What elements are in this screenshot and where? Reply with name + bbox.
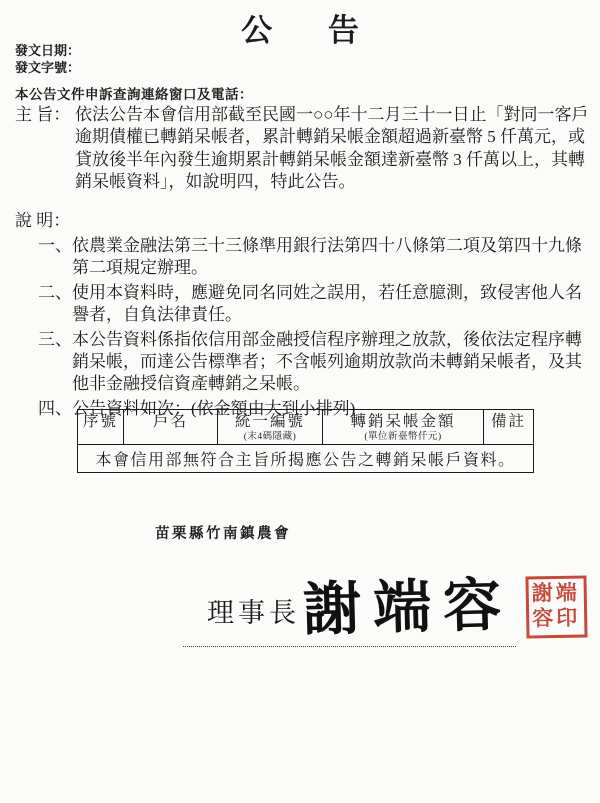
table-row: 本會信用部無符合主旨所揭應公告之轉銷呆帳戶資料。 [78, 445, 534, 473]
col-remarks: 備註 [484, 410, 534, 445]
page-title: 公 告 [0, 5, 600, 50]
explanation-items: 一、 依農業金融法第三十三條準用銀行法第四十八條第二項及第四十九條第二項規定辦理… [38, 235, 590, 422]
organization-name: 苗栗縣竹南鎮農會 [155, 522, 291, 543]
seal-stamp: 謝端容印 [525, 575, 587, 638]
col-writeoff-amount: 轉銷呆帳金額 (單位新臺幣仟元) [323, 410, 484, 445]
subject-block: 主 旨： 依法公告本會信用部截至民國一○○年十二月三十一日止「對同一客戶逾期債權… [15, 104, 592, 194]
contact-line: 本公告文件申訴查詢連絡窗口及電話： [15, 83, 253, 103]
item-number: 二、 [38, 282, 72, 327]
signature-underline [183, 646, 516, 647]
item-text: 依農業金融法第三十三條準用銀行法第四十八條第二項及第四十九條第二項規定辦理。 [72, 235, 590, 280]
col-uniform-id-label: 統一編號 [218, 410, 322, 431]
doc-number-label: 發文字號： [15, 59, 80, 76]
col-serial-sublabel [78, 431, 123, 444]
col-serial: 序號 [78, 410, 124, 445]
list-item: 三、 本公告資料係指依信用部金融授信程序辦理之放款，後依法定程序轉銷呆帳，而達公… [38, 329, 590, 396]
col-remarks-label: 備註 [484, 410, 533, 431]
col-account-name: 戶名 [124, 410, 218, 445]
col-uniform-id-sublabel: (末4碼隱藏) [218, 431, 322, 444]
col-remarks-sublabel [484, 431, 533, 444]
col-uniform-id: 統一編號 (末4碼隱藏) [218, 410, 323, 445]
col-writeoff-amount-label: 轉銷呆帳金額 [323, 410, 483, 431]
subject-text: 依法公告本會信用部截至民國一○○年十二月三十一日止「對同一客戶逾期債權已轉銷呆帳… [75, 104, 592, 194]
signature-name: 謝端容 [302, 557, 514, 646]
item-number: 一、 [38, 235, 72, 280]
signature-title: 理事長 [207, 591, 300, 630]
item-text: 使用本資料時，應避免同名同姓之誤用，若任意臆測，致侵害他人名譽者，自負法律責任。 [72, 282, 590, 327]
table-header-row: 序號 戶名 統一編號 (末4碼隱藏) 轉銷呆帳金額 (單位新臺幣仟元) 備註 [78, 410, 534, 445]
subject-label: 主 旨： [15, 104, 75, 194]
item-number: 四、 [38, 398, 72, 420]
col-account-name-sublabel [124, 431, 217, 444]
issue-date-label: 發文日期： [15, 42, 80, 59]
col-writeoff-amount-sublabel: (單位新臺幣仟元) [323, 431, 483, 444]
announcement-document: 公 告 發文日期： 發文字號： 本公告文件申訴查詢連絡窗口及電話： 主 旨： 依… [0, 0, 600, 803]
list-item: 一、 依農業金融法第三十三條準用銀行法第四十八條第二項及第四十九條第二項規定辦理… [38, 235, 590, 280]
empty-row-message: 本會信用部無符合主旨所揭應公告之轉銷呆帳戶資料。 [78, 445, 534, 473]
list-item: 二、 使用本資料時，應避免同名同姓之誤用，若任意臆測，致侵害他人名譽者，自負法律… [38, 282, 590, 327]
explanation-label: 說 明： [15, 206, 70, 231]
writeoff-table: 序號 戶名 統一編號 (末4碼隱藏) 轉銷呆帳金額 (單位新臺幣仟元) 備註 本… [77, 409, 534, 473]
item-number: 三、 [38, 329, 72, 396]
document-meta: 發文日期： 發文字號： [15, 42, 80, 76]
item-text: 本公告資料係指依信用部金融授信程序辦理之放款，後依法定程序轉銷呆帳，而達公告標準… [72, 329, 590, 396]
col-serial-label: 序號 [78, 410, 123, 431]
col-account-name-label: 戶名 [124, 410, 217, 431]
